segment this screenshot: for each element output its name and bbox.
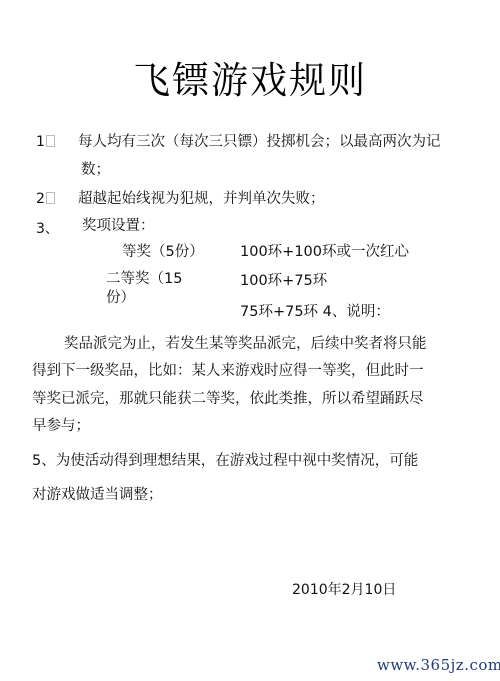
explanation-line-4: 早参与； bbox=[32, 417, 90, 435]
document-title: 飞镖游戏规则 bbox=[0, 50, 500, 104]
prize-1-condition: 100环+100环或一次红心 bbox=[240, 243, 409, 261]
prize-1-name: 等奖（5份） bbox=[122, 243, 204, 261]
document-date: 2010年2月10日 bbox=[292, 579, 396, 599]
rule-5-text: 5、为使活动得到理想结果，在游戏过程中视中奖情况，可能 bbox=[32, 452, 418, 470]
rule-3-text: 奖项设置： bbox=[82, 217, 155, 235]
rule-1-number: 1 bbox=[36, 134, 55, 150]
prize-2-name: 二等奖（15 bbox=[106, 270, 182, 288]
rule-5-text-cont: 对游戏做适当调整； bbox=[32, 486, 163, 504]
explanation-line-3: 等奖已派完，那就只能获二等奖，依此类推，所以希望踊跃尽 bbox=[32, 390, 424, 408]
rule-2-text: 超越起始线视为犯规，并判单次失败； bbox=[78, 190, 325, 208]
explanation-line-1: 奖品派完为止，若发生某等奖品派完，后续中奖者将只能 bbox=[64, 335, 427, 353]
rule-1-text: 每人均有三次（每次三只镖）投掷机会；以最高两次为记 bbox=[78, 133, 441, 151]
missing-glyph-icon bbox=[46, 135, 55, 147]
watermark: www.365jz.com bbox=[377, 656, 500, 674]
missing-glyph-icon bbox=[46, 192, 55, 204]
prize-2-condition: 100环+75环 bbox=[240, 272, 327, 290]
rule-3-number: 3、 bbox=[36, 218, 59, 238]
rule-1-text-cont: 数； bbox=[81, 161, 110, 179]
rule-2-number: 2 bbox=[36, 191, 55, 207]
prize-3-condition: 75环+75环 4、说明： bbox=[240, 303, 390, 321]
prize-2-name-cont: 份） bbox=[106, 289, 135, 307]
explanation-line-2: 得到下一级奖品，比如：某人来游戏时应得一等奖，但此时一 bbox=[32, 362, 424, 380]
